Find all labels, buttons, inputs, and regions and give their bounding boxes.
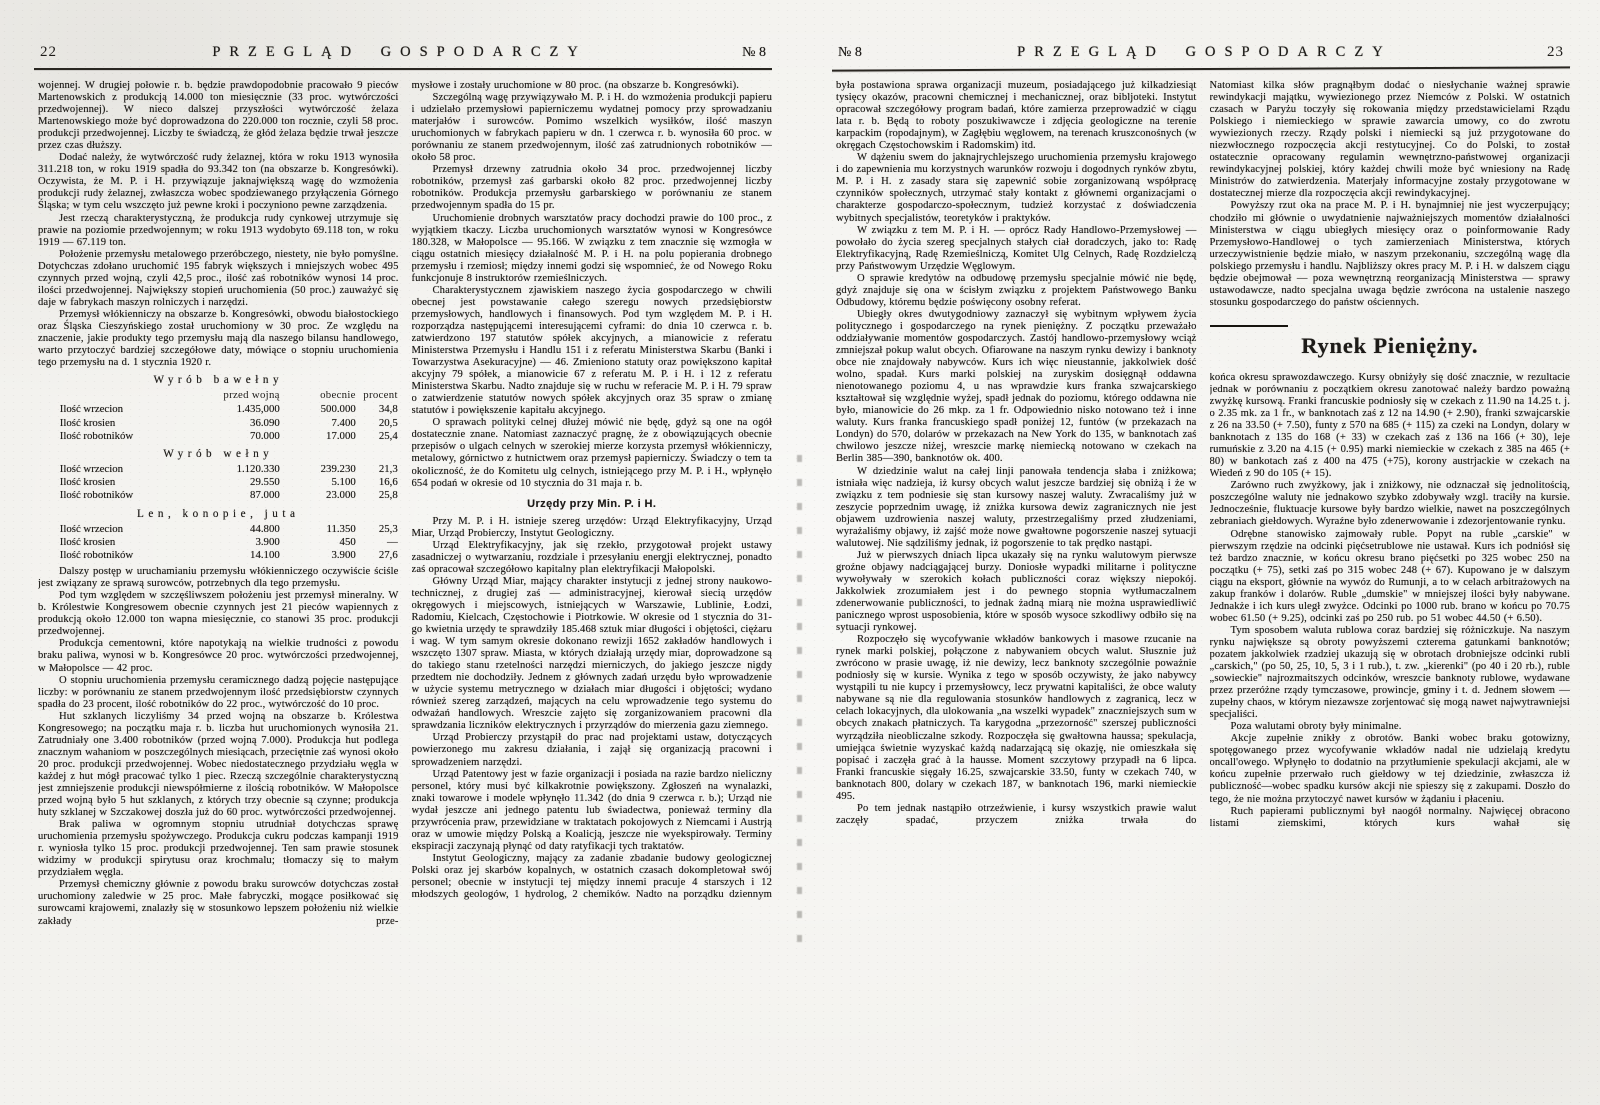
paragraph: Przemysł drzewny zatrudnia około 34 proc… — [412, 164, 773, 212]
table-row: Ilość wrzecion 44.800 11.350 25,3 — [46, 523, 391, 536]
page-23-column-1: była postawiona sprawa organizacji muzeu… — [836, 80, 1197, 1055]
paragraph: końca okresu sprawozdawczego. Kursy obni… — [1210, 372, 1571, 480]
table-row: Ilość krosien 29.550 5.100 16,6 — [46, 476, 391, 489]
page-22-column-2: mysłowe i zostały uruchomione w 80 proc.… — [412, 80, 773, 1055]
paragraph: Urząd Patentowy jest w fazie organizacji… — [412, 769, 773, 853]
col-header-now: obecnie — [280, 389, 356, 402]
page-22-columns: wojennej. W drugiej połowie r. b. będzie… — [22, 70, 784, 1055]
paragraph: Produkcja cementowni, które napotykają n… — [38, 638, 399, 674]
paragraph: mysłowe i zostały uruchomione w 80 proc.… — [412, 80, 773, 92]
page-number-left: 22 — [40, 44, 57, 61]
paragraph: wojennej. W drugiej połowie r. b. będzie… — [38, 80, 399, 152]
gutter-bleed-marks — [797, 455, 802, 945]
paragraph: Natomiast kilka słów pragnąłbym dodać o … — [1210, 80, 1571, 200]
journal-title: PRZEGLĄD GOSPODARCZY — [1017, 44, 1392, 61]
paragraph: Odrębne stanowisko zajmowały ruble. Popy… — [1210, 529, 1571, 625]
paragraph: Charakterystycznem zjawiskiem naszego ży… — [412, 285, 773, 418]
paragraph: Uruchomienie drobnych warsztatów pracy d… — [412, 213, 773, 285]
paragraph: Hut szklanych liczyliśmy 34 przed wojną … — [38, 711, 399, 819]
subsection-heading: Urzędy przy Min. P. i H. — [412, 498, 773, 510]
paragraph: Jest rzeczą charakterystyczną, że produk… — [38, 213, 399, 249]
paragraph: Instytut Geologiczny, mający za zadanie … — [412, 853, 773, 901]
paragraph: Urząd Probierczy przystąpił do prac nad … — [412, 732, 773, 768]
paragraph: Ruch papierami publicznymi był naogół no… — [1210, 806, 1571, 830]
paragraph: Główny Urząd Miar, mający charakter inst… — [412, 576, 773, 733]
paragraph: Już w pierwszych dniach lipca ukazały si… — [836, 550, 1197, 634]
table-row: Ilość wrzecion 1.435,000 500.000 34,8 — [46, 403, 391, 416]
paragraph: Urząd Elektryfikacyjny, jak się rzekło, … — [412, 540, 773, 576]
table-header-row: przed wojną obecnie procent — [46, 389, 391, 402]
paragraph: Szczególną wagę przywiązywało M. P. i H.… — [412, 92, 773, 164]
paragraph: Położenie przemysłu metalowego przeróbcz… — [38, 249, 399, 309]
page-22-column-1: wojennej. W drugiej połowie r. b. będzie… — [38, 80, 399, 1055]
table-section-caption: Len, konopie, juta — [46, 508, 391, 520]
paragraph: Dodać należy, że wytwórczość rudy żelazn… — [38, 152, 399, 212]
page-number-right: 23 — [1547, 44, 1564, 61]
paragraph: Powyższy rzut oka na prace M. P. i H. by… — [1210, 200, 1571, 308]
table-section-caption: Wyrób wełny — [46, 448, 391, 460]
issue-number: № 8 — [838, 45, 862, 61]
table-row: Ilość robotników 14.100 3.900 27,6 — [46, 549, 391, 562]
paragraph: Dalszy postęp w uruchamianiu przemysłu w… — [38, 566, 399, 590]
page-23: № 8 PRZEGLĄD GOSPODARCZY 23 była postawi… — [820, 0, 1582, 1105]
paragraph: Brak paliwa w ogromnym stopniu utrudniał… — [38, 819, 399, 879]
table-row: Ilość krosien 3.900 450 — — [46, 536, 391, 549]
textile-production-table: Wyrób bawełny przed wojną obecnie procen… — [46, 374, 391, 562]
paragraph: Przy M. P. i H. istnieje szereg urzędów:… — [412, 516, 773, 540]
col-header-pct: procent — [356, 389, 398, 402]
table-row: Ilość krosien 36.090 7.400 20,5 — [46, 417, 391, 430]
paragraph: Tym sposobem waluta rublowa coraz bardzi… — [1210, 625, 1571, 721]
table-row: Ilość robotników 87.000 23.000 25,8 — [46, 489, 391, 502]
journal-spread: 22 PRZEGLĄD GOSPODARCZY № 8 wojennej. W … — [0, 0, 1600, 1105]
paragraph: Zarówno ruch zwyżkowy, jak i zniżkowy, n… — [1210, 480, 1571, 528]
paragraph: Przemysł włókienniczy na obszarze b. Kon… — [38, 309, 399, 369]
paragraph: W dążeniu swem do jaknajrychlejszego uru… — [836, 152, 1197, 224]
paragraph: O stopniu uruchomienia przemysłu ceramic… — [38, 675, 399, 711]
paragraph: Poza walutami obroty były minimalne. — [1210, 721, 1571, 733]
col-header-before: przed wojną — [188, 389, 280, 402]
page-23-column-2: Natomiast kilka słów pragnąłbym dodać o … — [1210, 80, 1571, 1055]
page-22: 22 PRZEGLĄD GOSPODARCZY № 8 wojennej. W … — [22, 0, 784, 1105]
paragraph: Ubiegły okres dwutygodniowy zaznaczył si… — [836, 309, 1197, 466]
paragraph: Pod tym względem w szczęśliwszem położen… — [38, 590, 399, 638]
paragraph: W związku z tem M. P. i H. — oprócz Rady… — [836, 225, 1197, 273]
paragraph: była postawiona sprawa organizacji muzeu… — [836, 80, 1197, 152]
issue-number: № 8 — [742, 45, 766, 61]
section-headline: Rynek Pieniężny. — [1210, 333, 1571, 359]
paragraph: O sprawach polityki celnej dłużej mówić … — [412, 417, 773, 489]
paragraph: W dziedzinie walut na całej linji panowa… — [836, 466, 1197, 550]
page-22-header: 22 PRZEGLĄD GOSPODARCZY № 8 — [22, 0, 784, 61]
paragraph: O sprawie kredytów na odbudowę przemysłu… — [836, 273, 1197, 309]
table-section-caption: Wyrób bawełny — [46, 374, 391, 386]
paragraph: Po tem jednak nastąpiło otrzeźwienie, i … — [836, 803, 1197, 827]
paragraph: Rozpoczęło się wycofywanie wkładów banko… — [836, 634, 1197, 803]
end-of-article-rule — [1210, 325, 1288, 327]
page-23-header: № 8 PRZEGLĄD GOSPODARCZY 23 — [820, 0, 1582, 61]
paragraph: Akcje zupełnie znikły z obrotów. Banki w… — [1210, 733, 1571, 805]
table-row: Ilość wrzecion 1.120.330 239.230 21,3 — [46, 463, 391, 476]
journal-title: PRZEGLĄD GOSPODARCZY — [212, 44, 587, 61]
paragraph: Przemysł chemiczny głównie z powodu brak… — [38, 879, 399, 927]
page-23-columns: była postawiona sprawa organizacji muzeu… — [820, 70, 1582, 1055]
table-row: Ilość robotników 70.000 17.000 25,4 — [46, 430, 391, 443]
